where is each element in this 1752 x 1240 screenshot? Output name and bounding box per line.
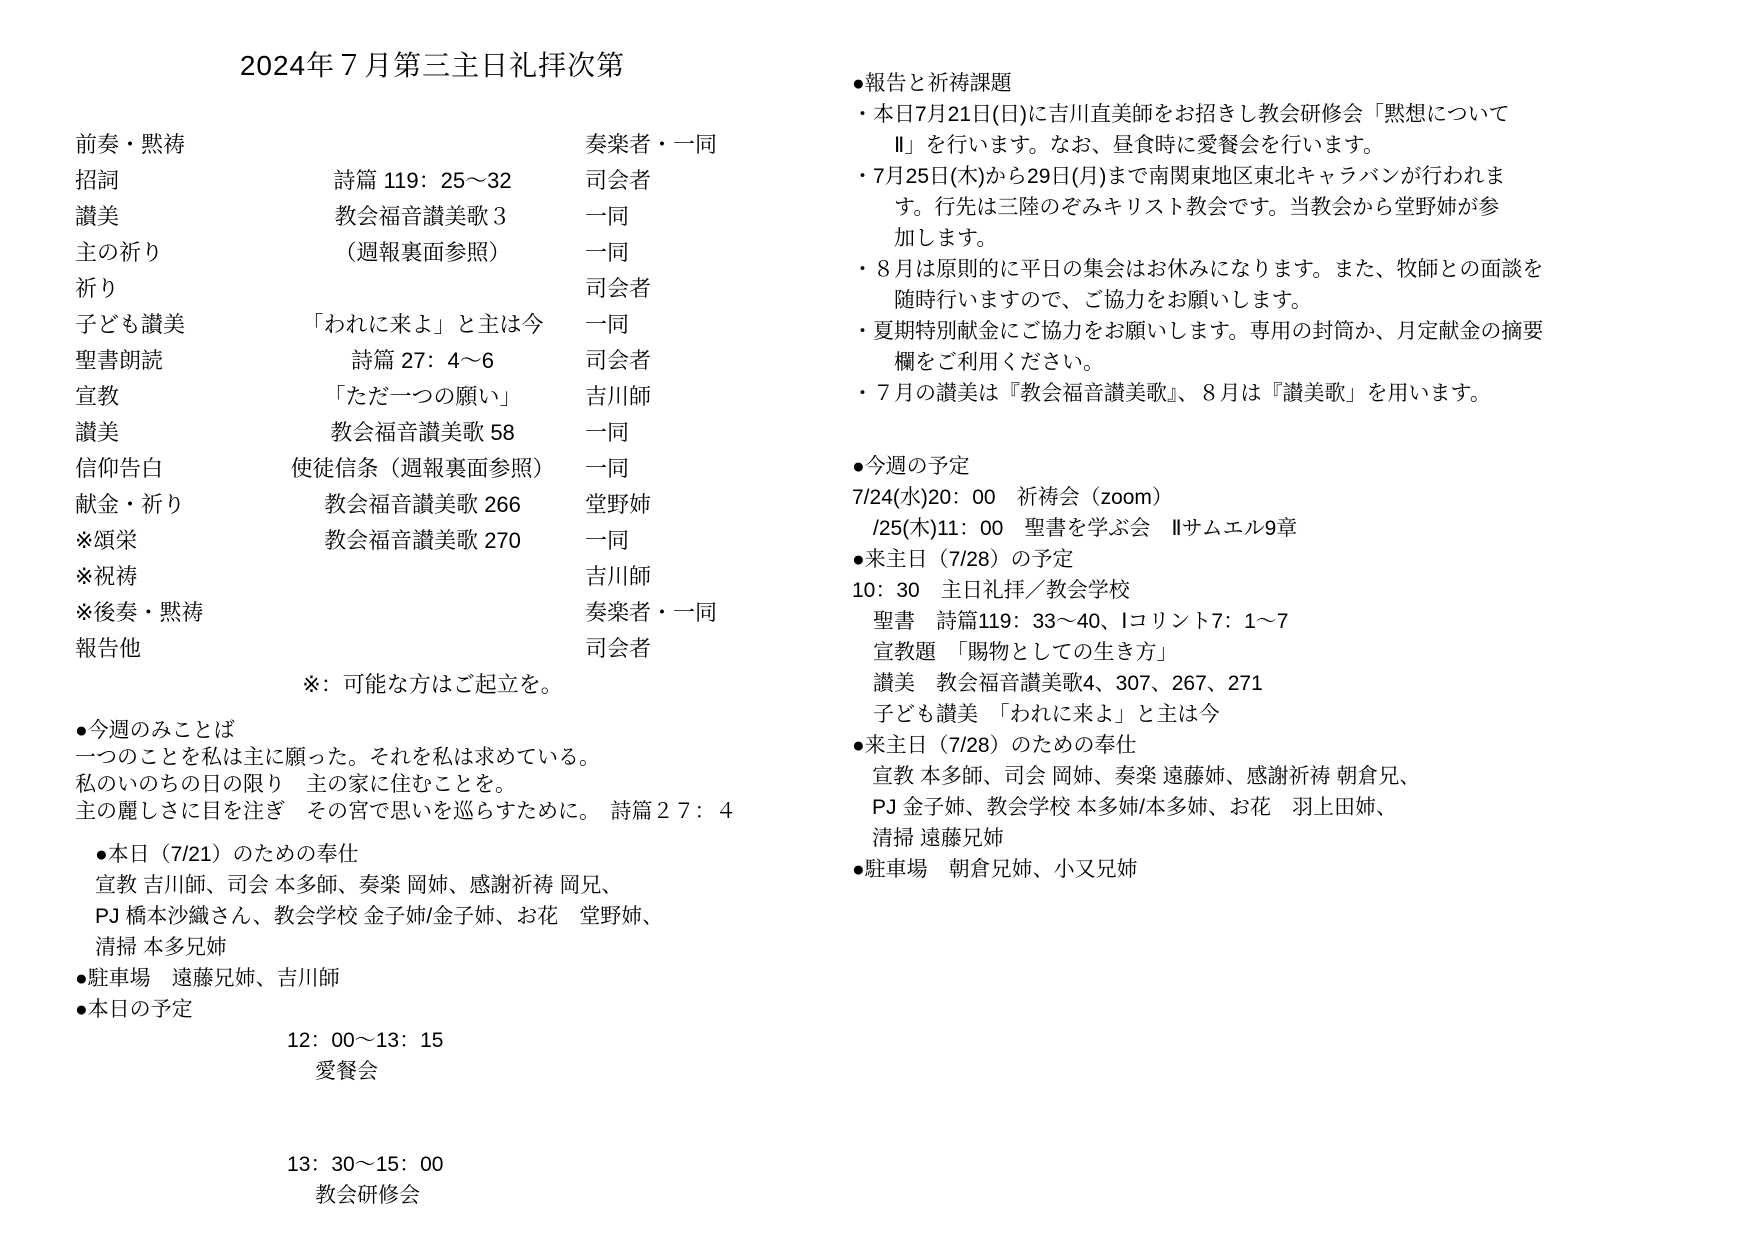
service-item-person: 吉川師 [585, 560, 790, 591]
service-item-person: 司会者 [585, 272, 790, 303]
next-sunday-service-heading: ●来主日（7/28）のための奉仕 [852, 730, 1552, 761]
service-order-row: 讃美 教会福音讃美歌３ 一同 [75, 197, 790, 233]
service-item-label: 信仰告白 [75, 452, 260, 483]
service-item-label: ※頌栄 [75, 524, 260, 555]
next-sunday-service-section: ●来主日（7/28）のための奉仕 宣教 本多師、司会 岡姉、奏楽 遠藤姉、感謝祈… [852, 730, 1552, 854]
weekly-word-lines: 一つのことを私は主に願った。それを私は求めている。 私のいのちの日の限り 主の家… [75, 744, 790, 825]
today-service-heading: ●本日（7/21）のための奉仕 [75, 839, 790, 870]
next-sunday-service-line: PJ 金子姉、教会学校 本多姉/本多姉、お花 羽上田姉、 [852, 792, 1552, 823]
announcement-bullets: ・本日7月21日(日)に吉川直美師をお招きし教会研修会「黙想について Ⅱ」を行い… [852, 99, 1552, 409]
next-sunday-plan-section: ●来主日（7/28）の予定 10：30 主日礼拝／教会学校 聖書 詩篇119：3… [852, 544, 1552, 730]
service-order-row: 報告他 司会者 [75, 629, 790, 665]
service-item-person: 司会者 [585, 344, 790, 375]
service-order-row: 信仰告白 使徒信条（週報裏面参照） 一同 [75, 449, 790, 485]
schedule-event: 教会研修会 [315, 1184, 420, 1207]
service-order-row: ※祝祷 吉川師 [75, 557, 790, 593]
weekly-word-section: ●今週のみことば 一つのことを私は主に願った。それを私は求めている。 私のいのち… [75, 717, 790, 825]
this-week-line: 7/24(水)20：00 祈祷会（zoom） [852, 482, 1552, 513]
service-item-person: 奏楽者・一同 [585, 596, 790, 627]
service-item-person: 吉川師 [585, 380, 790, 411]
service-item-detail: 詩篇 119：25～32 [260, 164, 585, 195]
service-item-label: 讃美 [75, 416, 260, 447]
next-sunday-service-line: 清掃 遠藤兄姉 [852, 823, 1552, 854]
weekly-word-line: 一つのことを私は主に願った。それを私は求めている。 [75, 744, 790, 771]
announcement-bullet: ・８月は原則的に平日の集会はお休みになります。また、牧師との面談を 随時行います… [852, 254, 1552, 316]
today-service-lines: 宣教 吉川師、司会 本多師、奏楽 岡姉、感謝祈祷 岡兄、 PJ 橋本沙織さん、教… [75, 870, 790, 963]
page-title: 2024年７月第三主日礼拝次第 [75, 48, 790, 84]
next-sunday-plan-line: 子ども讃美 「われに来よ」と主は今 [852, 699, 1552, 730]
today-schedule: ●本日の予定 12：00～13：15 愛餐会 13：30～15：00 教会研修会 [75, 994, 790, 1240]
service-order-row: 子ども讃美 「われに来よ」と主は今 一同 [75, 305, 790, 341]
service-item-label: 宣教 [75, 380, 260, 411]
announcement-bullet: ・７月の讃美は『教会福音讃美歌』、８月は『讃美歌」を用います。 [852, 378, 1552, 409]
service-item-person: 一同 [585, 236, 790, 267]
today-service-line: PJ 橋本沙織さん、教会学校 金子姉/金子姉、お花 堂野姉、 [75, 901, 790, 932]
service-item-detail: 教会福音讃美歌３ [260, 200, 585, 231]
service-item-detail: 教会福音讃美歌 58 [260, 416, 585, 447]
schedule-event: 愛餐会 [315, 1060, 378, 1083]
service-item-detail: 教会福音讃美歌 266 [260, 488, 585, 519]
service-item-label: 前奏・黙祷 [75, 128, 260, 159]
next-sunday-plan-line: 聖書 詩篇119：33～40、Ⅰコリント7：1～7 [852, 606, 1552, 637]
today-parking-line: ●駐車場 遠藤兄姉、吉川師 [75, 963, 790, 994]
service-order-row: ※後奏・黙祷 奏楽者・一同 [75, 593, 790, 629]
service-order-row: 招詞 詩篇 119：25～32 司会者 [75, 161, 790, 197]
this-week-section: ●今週の予定 7/24(水)20：00 祈祷会（zoom） /25(木)11：0… [852, 451, 1552, 544]
service-item-label: 聖書朗読 [75, 344, 260, 375]
this-week-heading: ●今週の予定 [852, 451, 1552, 482]
service-item-label: 報告他 [75, 632, 260, 663]
service-item-detail: 使徒信条（週報裏面参照） [260, 452, 585, 483]
today-service-line: 清掃 本多兄姉 [75, 932, 790, 963]
weekly-word-heading: ●今週のみことば [75, 717, 790, 744]
service-order-row: 讃美 教会福音讃美歌 58 一同 [75, 413, 790, 449]
next-sunday-plan-heading: ●来主日（7/28）の予定 [852, 544, 1552, 575]
service-item-person: 一同 [585, 416, 790, 447]
service-item-person: 堂野姉 [585, 488, 790, 519]
today-service-section: ●本日（7/21）のための奉仕 宣教 吉川師、司会 本多師、奏楽 岡姉、感謝祈祷… [75, 839, 790, 963]
service-order-row: 献金・祈り 教会福音讃美歌 266 堂野姉 [75, 485, 790, 521]
service-order-table: 前奏・黙祷 奏楽者・一同 招詞 詩篇 119：25～32 司会者 讃美 教会福音… [75, 125, 790, 665]
service-item-person: 一同 [585, 200, 790, 231]
service-item-label: 讃美 [75, 200, 260, 231]
service-item-person: 一同 [585, 308, 790, 339]
service-order-row: 主の祈り （週報裏面参照） 一同 [75, 233, 790, 269]
announcement-bullet: ・7月25日(木)から29日(月)まで南関東地区東北キャラバンが行われま す。行… [852, 161, 1552, 254]
schedule-time: 13：30～15：00 [287, 1153, 443, 1176]
service-order-row: 聖書朗読 詩篇 27：4～6 司会者 [75, 341, 790, 377]
service-item-person: 司会者 [585, 632, 790, 663]
standing-note: ※：可能な方はご起立を。 [75, 670, 790, 700]
service-order-row: 宣教 「ただ一つの願い」 吉川師 [75, 377, 790, 413]
announcements-column: ●報告と祈祷課題 ・本日7月21日(日)に吉川直美師をお招きし教会研修会「黙想に… [852, 68, 1552, 885]
worship-order-column: 2024年７月第三主日礼拝次第 前奏・黙祷 奏楽者・一同 招詞 詩篇 119：2… [75, 48, 790, 1240]
weekly-word-line: 私のいのちの日の限り 主の家に住むことを。 [75, 771, 790, 798]
service-item-label: 主の祈り [75, 236, 260, 267]
service-order-row: 前奏・黙祷 奏楽者・一同 [75, 125, 790, 161]
announcement-bullet: ・夏期特別献金にご協力をお願いします。専用の封筒か、月定献金の摘要 欄をご利用く… [852, 316, 1552, 378]
next-parking-line: ●駐車場 朝倉兄姉、小又兄姉 [852, 854, 1552, 885]
announcements-heading: ●報告と祈祷課題 [852, 68, 1552, 99]
announcement-bullet: ・本日7月21日(日)に吉川直美師をお招きし教会研修会「黙想について Ⅱ」を行い… [852, 99, 1552, 161]
service-item-label: ※祝祷 [75, 560, 260, 591]
service-item-person: 一同 [585, 452, 790, 483]
schedule-time: 12：00～13：15 [287, 1029, 443, 1052]
this-week-line: /25(木)11：00 聖書を学ぶ会 Ⅱサムエル9章 [852, 513, 1552, 544]
service-item-label: 招詞 [75, 164, 260, 195]
today-schedule-item: 12：00～13：15 愛餐会 [217, 994, 443, 1118]
service-item-detail: （週報裏面参照） [260, 236, 585, 267]
today-schedule-label: ●本日の予定 [75, 994, 217, 1240]
today-schedule-item: 13：30～15：00 教会研修会 [217, 1118, 443, 1240]
next-sunday-service-line: 宣教 本多師、司会 岡姉、奏楽 遠藤姉、感謝祈祷 朝倉兄、 [852, 761, 1552, 792]
next-sunday-plan-line: 10：30 主日礼拝／教会学校 [852, 575, 1552, 606]
bulletin-page: 2024年７月第三主日礼拝次第 前奏・黙祷 奏楽者・一同 招詞 詩篇 119：2… [0, 0, 1752, 1240]
service-item-detail: 「われに来よ」と主は今 [260, 308, 585, 339]
today-service-line: 宣教 吉川師、司会 本多師、奏楽 岡姉、感謝祈祷 岡兄、 [75, 870, 790, 901]
next-sunday-plan-line: 讃美 教会福音讃美歌4、307、267、271 [852, 668, 1552, 699]
service-item-detail: 「ただ一つの願い」 [260, 380, 585, 411]
service-item-person: 一同 [585, 524, 790, 555]
today-schedule-items: 12：00～13：15 愛餐会 13：30～15：00 教会研修会 [217, 994, 443, 1240]
next-sunday-plan-line: 宣教題 「賜物としての生き方」 [852, 637, 1552, 668]
service-item-label: 献金・祈り [75, 488, 260, 519]
announcements-section: ●報告と祈祷課題 ・本日7月21日(日)に吉川直美師をお招きし教会研修会「黙想に… [852, 68, 1552, 409]
next-sunday-plan-lines: 10：30 主日礼拝／教会学校 聖書 詩篇119：33～40、Ⅰコリント7：1～… [852, 575, 1552, 730]
service-item-label: ※後奏・黙祷 [75, 596, 260, 627]
service-item-label: 子ども讃美 [75, 308, 260, 339]
service-item-label: 祈り [75, 272, 260, 303]
service-order-row: 祈り 司会者 [75, 269, 790, 305]
this-week-lines: 7/24(水)20：00 祈祷会（zoom） /25(木)11：00 聖書を学ぶ… [852, 482, 1552, 544]
weekly-word-line: 主の麗しさに目を注ぎ その宮で思いを巡らすために。 詩篇２７：４ [75, 798, 790, 825]
service-item-person: 司会者 [585, 164, 790, 195]
service-item-detail: 詩篇 27：4～6 [260, 344, 585, 375]
next-sunday-service-lines: 宣教 本多師、司会 岡姉、奏楽 遠藤姉、感謝祈祷 朝倉兄、 PJ 金子姉、教会学… [852, 761, 1552, 854]
service-item-person: 奏楽者・一同 [585, 128, 790, 159]
service-item-detail: 教会福音讃美歌 270 [260, 524, 585, 555]
service-order-row: ※頌栄 教会福音讃美歌 270 一同 [75, 521, 790, 557]
